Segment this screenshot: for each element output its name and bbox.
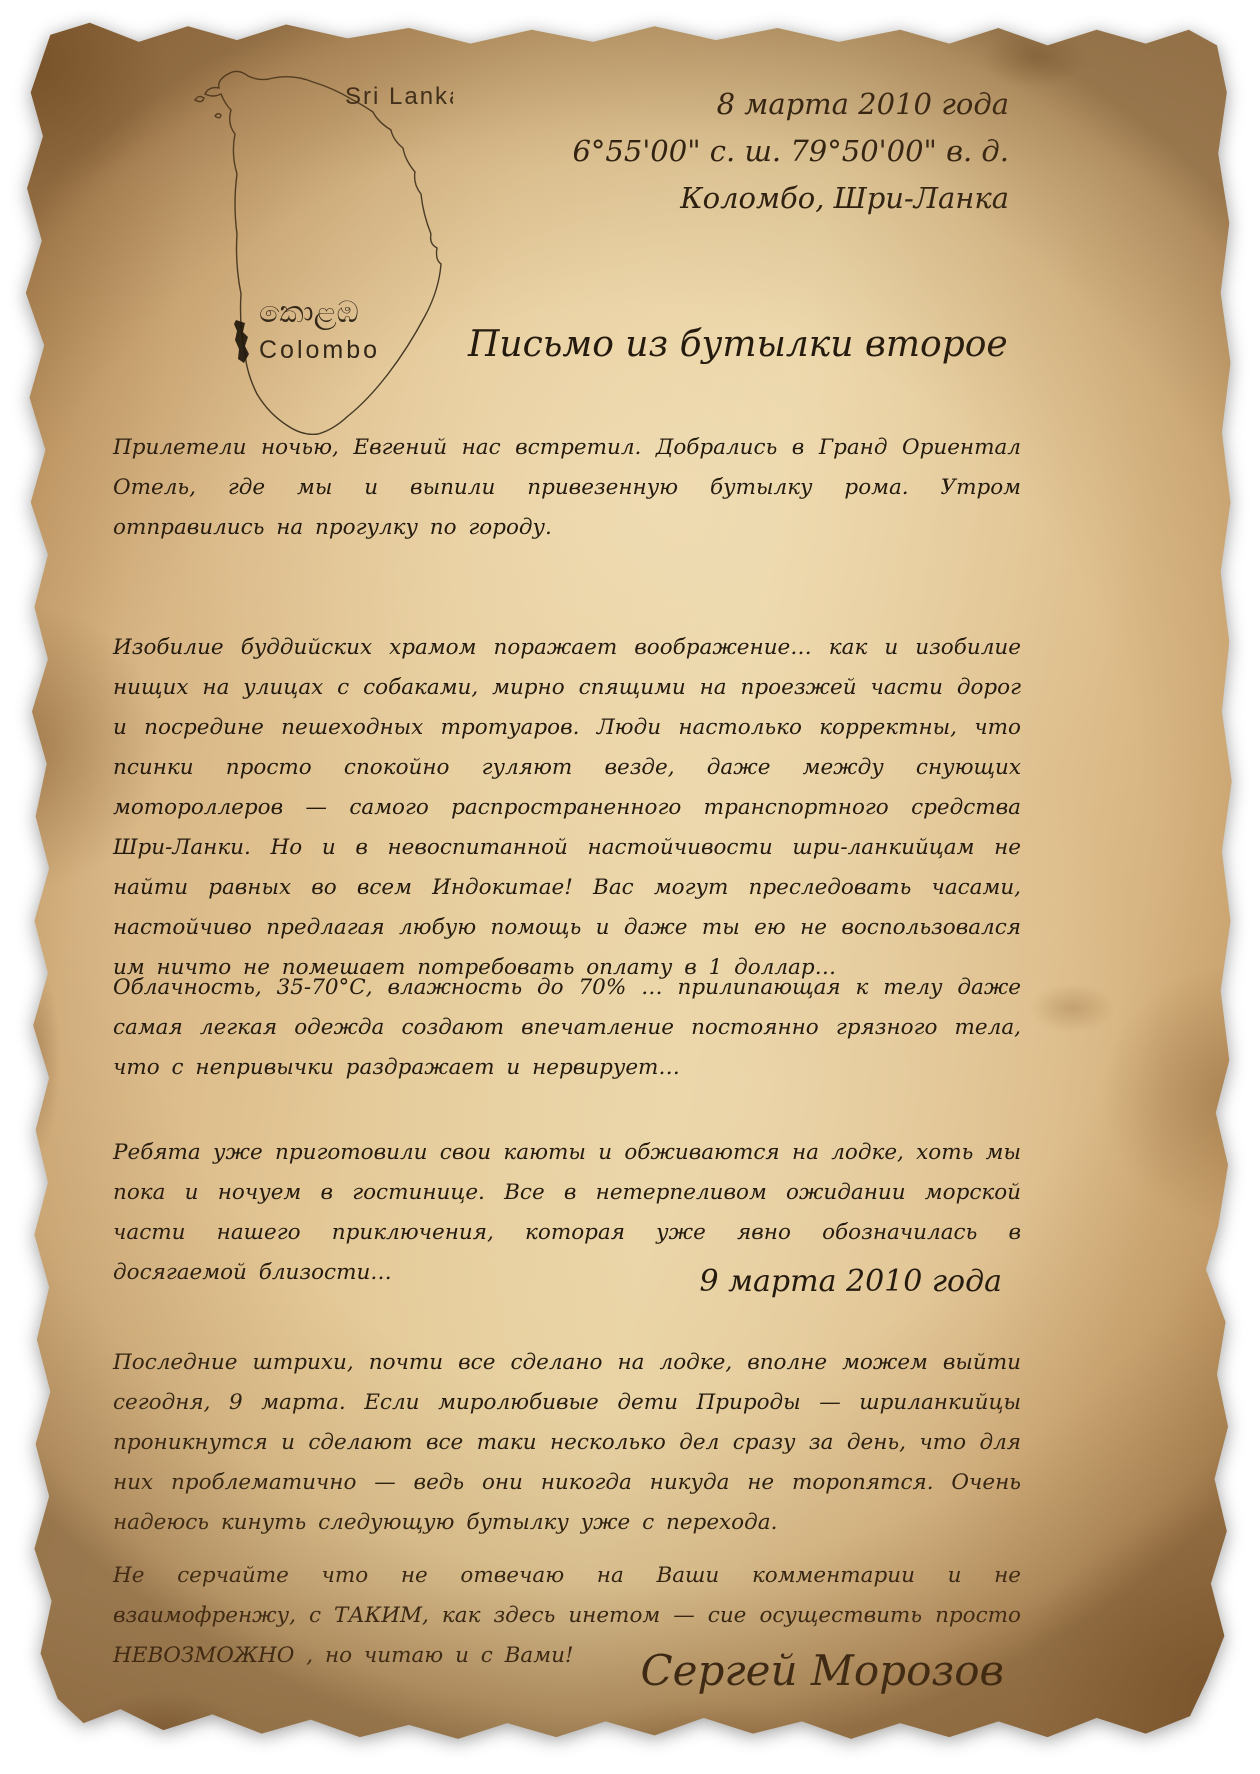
sri-lanka-map: Sri Lanka කොළඹ Colombo — [173, 64, 453, 444]
letter-scan: Sri Lanka කොළඹ Colombo 8 марта 2010 года… — [0, 0, 1260, 1774]
date-block: 8 марта 2010 года 6°55'00" с. ш. 79°50'0… — [572, 81, 1009, 222]
coordinates-line: 6°55'00" с. ш. 79°50'00" в. д. — [572, 128, 1009, 175]
paragraph-2: Изобилие буддийских храмом поражает вооб… — [113, 628, 1021, 988]
colombo-marker — [234, 320, 249, 363]
date-heading-1: 8 марта 2010 года — [572, 81, 1009, 128]
signature: Сергей Морозов — [641, 1646, 1004, 1695]
city-label-latin: Colombo — [259, 336, 380, 364]
paragraph-5: Последние штрихи, почти все сделано на л… — [113, 1343, 1021, 1543]
sri-lanka-outline — [205, 71, 441, 434]
jaffna-islets-icon — [195, 96, 221, 117]
location-line: Коломбо, Шри-Ланка — [572, 175, 1009, 222]
paragraph-1: Прилетели ночью, Евгений нас встретил. Д… — [113, 428, 1021, 548]
paragraph-3: Облачность, 35-70°С, влажность до 70% … … — [113, 968, 1021, 1088]
letter-title: Письмо из бутылки второе — [468, 324, 1008, 365]
city-label-sinhala: කොළඹ — [259, 295, 359, 330]
country-label: Sri Lanka — [345, 83, 453, 110]
letter-page: Sri Lanka කොළඹ Colombo 8 марта 2010 года… — [16, 14, 1244, 1758]
date-heading-2: 9 марта 2010 года — [700, 1264, 1002, 1299]
